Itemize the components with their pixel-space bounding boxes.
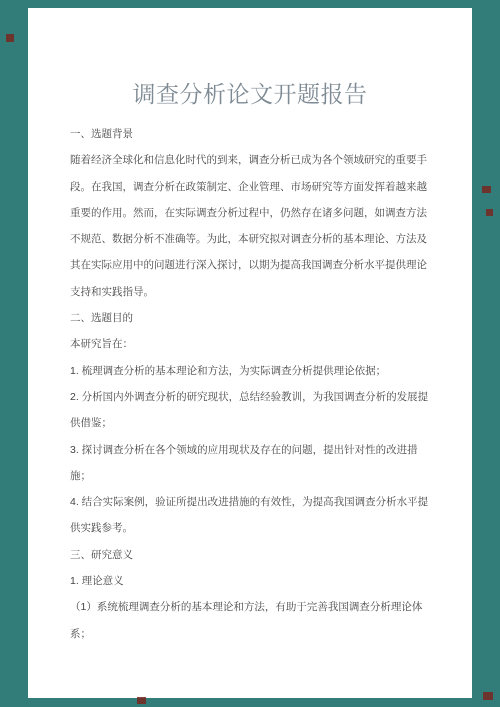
paragraph: 随着经济全球化和信息化时代的到来，调查分析已成为各个领域研究的重要手段。在我国，…: [70, 147, 433, 305]
document-page: 调查分析论文开题报告 一、选题背景随着经济全球化和信息化时代的到来，调查分析已成…: [28, 8, 472, 698]
paragraph: 一、选题背景: [70, 121, 433, 147]
artifact-mark: [482, 186, 491, 193]
paragraph: （1）系统梳理调查分析的基本理论和方法，有助于完善我国调查分析理论体系；: [70, 594, 433, 647]
paragraph: 4. 结合实际案例，验证所提出改进措施的有效性，为提高我国调查分析水平提供实践参…: [70, 489, 433, 542]
document-title: 调查分析论文开题报告: [28, 79, 472, 109]
document-body: 一、选题背景随着经济全球化和信息化时代的到来，调查分析已成为各个领域研究的重要手…: [28, 121, 472, 647]
paragraph: 3. 探讨调查分析在各个领域的应用现状及存在的问题，提出针对性的改进措施；: [70, 437, 433, 490]
paragraph: 1. 梳理调查分析的基本理论和方法，为实际调查分析提供理论依据；: [70, 358, 433, 384]
paragraph: 2. 分析国内外调查分析的研究现状，总结经验教训，为我国调查分析的发展提供借鉴；: [70, 384, 433, 437]
paragraph: 1. 理论意义: [70, 568, 433, 594]
artifact-mark: [137, 697, 146, 704]
artifact-mark: [483, 692, 493, 700]
document-background: 调查分析论文开题报告 一、选题背景随着经济全球化和信息化时代的到来，调查分析已成…: [0, 0, 500, 707]
paragraph: 三、研究意义: [70, 542, 433, 568]
paragraph: 二、选题目的: [70, 305, 433, 331]
artifact-mark: [486, 209, 493, 216]
artifact-mark: [6, 34, 14, 42]
paragraph: 本研究旨在：: [70, 331, 433, 357]
